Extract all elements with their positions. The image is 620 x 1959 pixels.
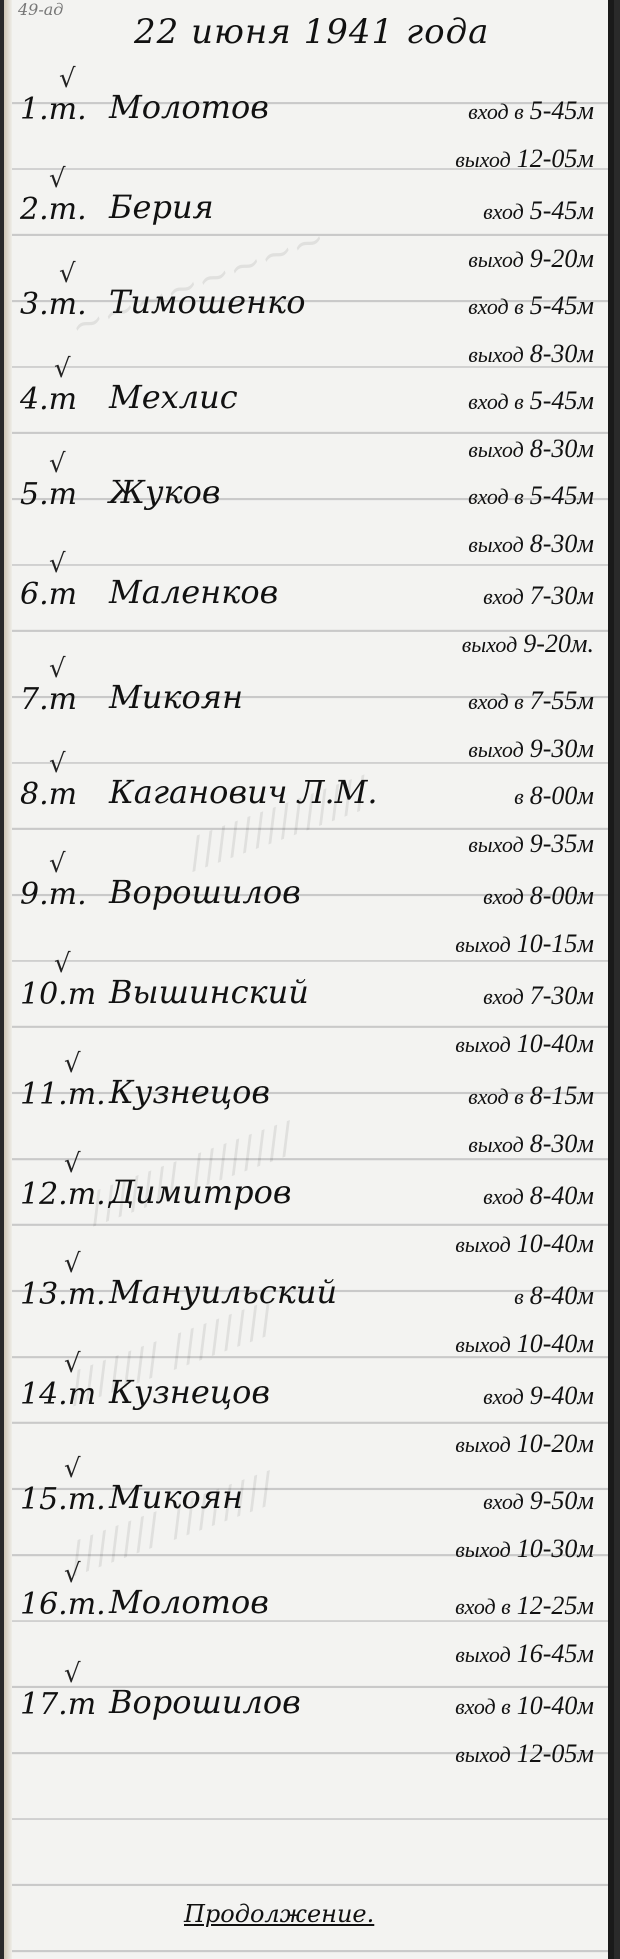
- check-mark-icon: √: [54, 354, 71, 384]
- exit-time-value: 10-15м: [517, 929, 594, 958]
- archive-corner-note: 49-ад: [18, 0, 63, 19]
- check-mark-icon: √: [64, 1659, 81, 1689]
- entry-time: вход в7-55м: [468, 686, 594, 716]
- enter-time-value: 7-30м: [530, 581, 594, 610]
- enter-label: вход: [483, 984, 524, 1009]
- check-mark-icon: √: [49, 164, 66, 194]
- enter-label: вход: [483, 1489, 524, 1514]
- log-entry: √13.т.Мануильскийв8-40мвыход10-40м: [4, 1255, 614, 1365]
- enter-label: вход: [483, 884, 524, 909]
- log-entry: √3.т.Тимошенковход в5-45мвыход8-30м: [4, 265, 614, 375]
- entry-number: 9.т.: [20, 877, 87, 912]
- enter-label: вход в: [455, 1694, 511, 1719]
- exit-label: выход: [455, 147, 511, 172]
- entry-number: 8.т: [20, 777, 77, 812]
- entry-time: вход в5-45м: [468, 291, 594, 321]
- exit-label: выход: [462, 632, 518, 657]
- visitor-name: Мехлис: [109, 378, 238, 416]
- entry-time: вход в10-40м: [455, 1691, 594, 1721]
- visitor-name: Маленков: [109, 573, 278, 611]
- visitor-name: Микоян: [109, 678, 243, 716]
- enter-time-value: 8-40м: [530, 1281, 594, 1310]
- visitor-name: Каганович Л.М.: [109, 773, 378, 811]
- entry-number: 12.т.: [20, 1177, 106, 1212]
- enter-label: вход в: [468, 484, 524, 509]
- check-mark-icon: √: [64, 1349, 81, 1379]
- log-entry: √12.т.Димитроввход8-40мвыход10-40м: [4, 1155, 614, 1265]
- enter-time-value: 8-40м: [530, 1181, 594, 1210]
- check-mark-icon: √: [49, 654, 66, 684]
- visitor-name: Тимошенко: [109, 283, 305, 321]
- entry-number: 14.т: [20, 1377, 96, 1412]
- continuation-note: Продолжение.: [184, 1900, 374, 1928]
- page-title: 22 июня 1941 года: [134, 12, 489, 52]
- enter-label: вход в: [468, 389, 524, 414]
- exit-time: выход10-20м: [455, 1429, 594, 1459]
- enter-time-value: 9-40м: [530, 1381, 594, 1410]
- visitor-name: Молотов: [109, 88, 269, 126]
- exit-time-value: 9-35м: [530, 829, 594, 858]
- enter-label: вход в: [468, 689, 524, 714]
- log-entry: √11.т.Кузнецоввход в8-15мвыход8-30м: [4, 1055, 614, 1165]
- enter-label: вход: [483, 199, 524, 224]
- check-mark-icon: √: [49, 449, 66, 479]
- entry-time: вход7-30м: [483, 581, 594, 611]
- entry-time: вход в5-45м: [468, 96, 594, 126]
- entry-number: 7.т: [20, 682, 77, 717]
- entry-time: вход в5-45м: [468, 386, 594, 416]
- exit-label: выход: [468, 1132, 524, 1157]
- log-entry: √1.т.Молотоввход в5-45мвыход12-05м: [4, 70, 614, 180]
- enter-label: вход в: [468, 294, 524, 319]
- exit-label: выход: [455, 1332, 511, 1357]
- check-mark-icon: √: [64, 1149, 81, 1179]
- entry-number: 15.т.: [20, 1482, 106, 1517]
- entry-time: вход5-45м: [483, 196, 594, 226]
- exit-label: выход: [455, 932, 511, 957]
- visitor-name: Молотов: [109, 1583, 269, 1621]
- log-entry: √2.т.Бериявход5-45мвыход9-20м: [4, 170, 614, 280]
- visitor-name: Ворошилов: [109, 873, 301, 911]
- log-entry: √6.тМаленковвход7-30мвыход9-20м.: [4, 555, 614, 665]
- exit-label: выход: [455, 1432, 511, 1457]
- entry-time: вход7-30м: [483, 981, 594, 1011]
- check-mark-icon: √: [54, 949, 71, 979]
- enter-time-value: 5-45м: [530, 196, 594, 225]
- exit-time-value: 9-20м.: [523, 629, 594, 658]
- log-entry: √14.тКузнецоввход9-40мвыход10-20м: [4, 1355, 614, 1465]
- enter-label: в: [514, 1284, 524, 1309]
- entry-time: вход9-40м: [483, 1381, 594, 1411]
- enter-time-value: 7-30м: [530, 981, 594, 1010]
- check-mark-icon: √: [49, 549, 66, 579]
- entry-number: 6.т: [20, 577, 77, 612]
- enter-time-value: 5-45м: [530, 386, 594, 415]
- exit-time-value: 10-40м: [517, 1329, 594, 1358]
- entry-time: вход9-50м: [483, 1486, 594, 1516]
- exit-time-value: 12-05м: [517, 144, 594, 173]
- exit-time-value: 10-30м: [517, 1534, 594, 1563]
- visitor-name: Берия: [109, 188, 214, 226]
- enter-time-value: 7-55м: [530, 686, 594, 715]
- check-mark-icon: √: [59, 259, 76, 289]
- log-entry: √10.тВышинскийвход7-30мвыход10-40м: [4, 955, 614, 1065]
- exit-label: выход: [468, 532, 524, 557]
- entry-number: 1.т.: [20, 92, 87, 127]
- log-entry: √17.тВорошиловвход в10-40мвыход12-05м: [4, 1665, 614, 1775]
- enter-label: в: [514, 784, 524, 809]
- entry-number: 13.т.: [20, 1277, 106, 1312]
- entry-time: в8-00м: [514, 781, 594, 811]
- enter-time-value: 5-45м: [530, 96, 594, 125]
- entry-time: вход в5-45м: [468, 481, 594, 511]
- exit-time-value: 10-40м: [517, 1029, 594, 1058]
- enter-label: вход: [483, 584, 524, 609]
- log-page: ~~~~~~~~ ////////////// /////// ////////…: [4, 0, 614, 1959]
- exit-label: выход: [455, 1642, 511, 1667]
- entry-number: 3.т.: [20, 287, 87, 322]
- exit-label: выход: [455, 1742, 511, 1767]
- visitor-name: Ворошилов: [109, 1683, 301, 1721]
- visitor-name: Микоян: [109, 1478, 243, 1516]
- enter-label: вход в: [455, 1594, 511, 1619]
- exit-time-value: 10-20м: [517, 1429, 594, 1458]
- log-entry: √15.т.Микоянвход9-50мвыход10-30м: [4, 1460, 614, 1570]
- exit-time: выход10-30м: [455, 1534, 594, 1564]
- entry-number: 4.т: [20, 382, 77, 417]
- entry-number: 2.т.: [20, 192, 87, 227]
- entry-time: вход8-00м: [483, 881, 594, 911]
- entry-number: 10.т: [20, 977, 96, 1012]
- enter-time-value: 10-40м: [517, 1691, 594, 1720]
- enter-label: вход: [483, 1184, 524, 1209]
- check-mark-icon: √: [59, 64, 76, 94]
- enter-time-value: 9-50м: [530, 1486, 594, 1515]
- exit-time: выход9-20м.: [462, 629, 594, 659]
- entry-number: 16.т.: [20, 1587, 106, 1622]
- visitor-name: Димитров: [109, 1173, 291, 1211]
- exit-time-value: 8-30м: [530, 529, 594, 558]
- entry-time: вход в12-25м: [455, 1591, 594, 1621]
- check-mark-icon: √: [64, 1049, 81, 1079]
- enter-label: вход: [483, 1384, 524, 1409]
- check-mark-icon: √: [64, 1249, 81, 1279]
- entry-number: 5.т: [20, 477, 77, 512]
- log-entry: √4.тМехлисвход в5-45мвыход8-30м: [4, 360, 614, 470]
- enter-label: вход в: [468, 99, 524, 124]
- entry-number: 17.т: [20, 1687, 96, 1722]
- exit-label: выход: [468, 832, 524, 857]
- visitor-name: Кузнецов: [109, 1373, 270, 1411]
- visitor-name: Вышинский: [109, 973, 309, 1011]
- visitor-name: Кузнецов: [109, 1073, 270, 1111]
- entry-time: в8-40м: [514, 1281, 594, 1311]
- exit-time-value: 12-05м: [517, 1739, 594, 1768]
- entry-time: вход в8-15м: [468, 1081, 594, 1111]
- enter-time-value: 8-15м: [530, 1081, 594, 1110]
- check-mark-icon: √: [64, 1454, 81, 1484]
- enter-time-value: 8-00м: [530, 881, 594, 910]
- exit-label: выход: [455, 1032, 511, 1057]
- enter-label: вход в: [468, 1084, 524, 1109]
- entry-time: вход8-40м: [483, 1181, 594, 1211]
- check-mark-icon: √: [64, 1559, 81, 1589]
- log-entry: √8.тКаганович Л.М.в8-00мвыход9-35м: [4, 755, 614, 865]
- exit-time-value: 8-30м: [530, 1129, 594, 1158]
- exit-time-value: 16-45м: [517, 1639, 594, 1668]
- check-mark-icon: √: [49, 849, 66, 879]
- log-entry: √7.тМикоянвход в7-55мвыход9-30м: [4, 660, 614, 770]
- exit-time-value: 10-40м: [517, 1229, 594, 1258]
- check-mark-icon: √: [49, 749, 66, 779]
- log-entry: √16.т.Молотоввход в12-25мвыход16-45м: [4, 1565, 614, 1675]
- enter-time-value: 5-45м: [530, 481, 594, 510]
- visitor-name: Мануильский: [109, 1273, 337, 1311]
- entry-number: 11.т.: [20, 1077, 106, 1112]
- log-entry: √5.тЖуковвход в5-45мвыход8-30м: [4, 455, 614, 565]
- enter-time-value: 12-25м: [517, 1591, 594, 1620]
- exit-time: выход12-05м: [455, 1739, 594, 1769]
- enter-time-value: 8-00м: [530, 781, 594, 810]
- enter-time-value: 5-45м: [530, 291, 594, 320]
- visitor-name: Жуков: [109, 473, 221, 511]
- log-entry: √9.т.Ворошиловвход8-00мвыход10-15м: [4, 855, 614, 965]
- exit-label: выход: [455, 1537, 511, 1562]
- exit-label: выход: [455, 1232, 511, 1257]
